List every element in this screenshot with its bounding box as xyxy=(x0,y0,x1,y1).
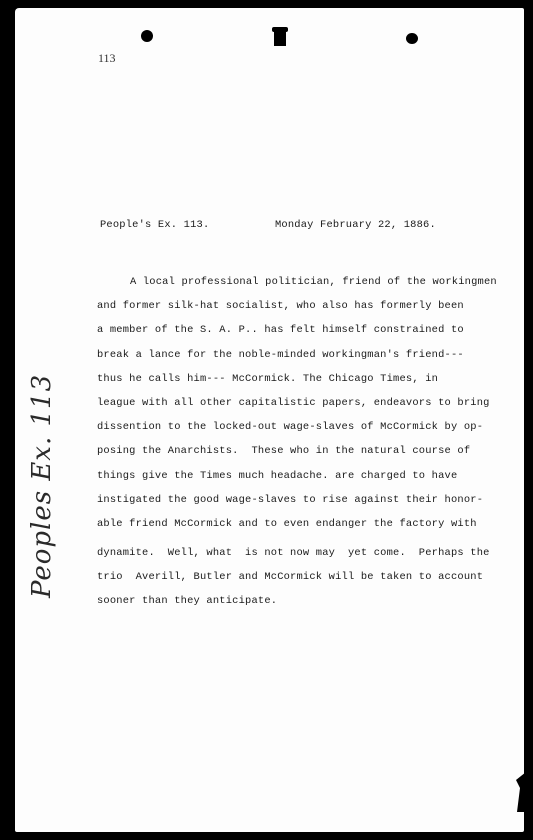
body-line: thus he calls him--- McCormick. The Chic… xyxy=(97,367,517,391)
body-line: break a lance for the noble-minded worki… xyxy=(97,343,517,367)
document-header: People's Ex. 113. Monday February 22, 18… xyxy=(15,219,524,235)
body-line: instigated the good wage-slaves to rise … xyxy=(97,488,517,512)
body-line: things give the Times much headache. are… xyxy=(97,464,517,488)
body-line: A local professional politician, friend … xyxy=(97,270,517,294)
body-line: posing the Anarchists. These who in the … xyxy=(97,439,517,463)
page-number: 113 xyxy=(98,51,116,66)
body-line: able friend McCormick and to even endang… xyxy=(97,512,517,536)
punch-hole-right xyxy=(406,33,418,44)
document-page: 113 People's Ex. 113. Monday February 22… xyxy=(15,8,524,832)
handwritten-margin-annotation: Peoples Ex. 113 xyxy=(27,398,57,598)
document-body: A local professional politician, friend … xyxy=(97,270,517,614)
body-line: league with all other capitalistic paper… xyxy=(97,391,517,415)
body-line: dynamite. Well, what is not now may yet … xyxy=(97,541,517,565)
torn-page-edge xyxy=(516,772,526,812)
body-line: dissention to the locked-out wage-slaves… xyxy=(97,415,517,439)
document-date: Monday February 22, 1886. xyxy=(275,219,436,231)
punch-hole-left xyxy=(141,30,153,42)
binder-clip-mark xyxy=(274,27,286,46)
body-line: trio Averill, Butler and McCormick will … xyxy=(97,565,517,589)
exhibit-label: People's Ex. 113. xyxy=(100,219,209,231)
body-line: and former silk-hat socialist, who also … xyxy=(97,294,517,318)
body-line: a member of the S. A. P.. has felt himse… xyxy=(97,318,517,342)
body-line: sooner than they anticipate. xyxy=(97,589,517,613)
